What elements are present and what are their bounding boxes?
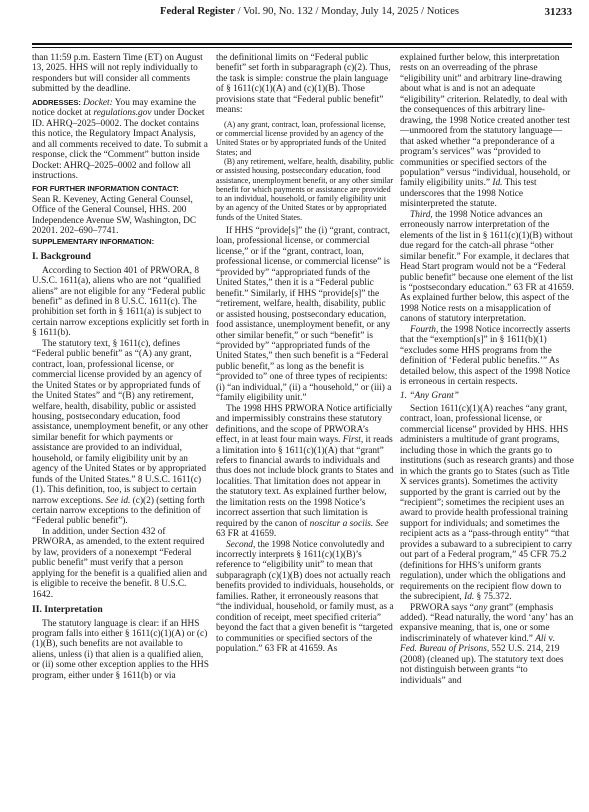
paragraph: explained further below, this interpreta… — [400, 53, 574, 210]
paragraph: than 11:59 p.m. Eastern Time (ET) on Aug… — [32, 53, 209, 95]
text: v. — [546, 634, 555, 644]
paragraph: The 1998 HHS PRWORA Notice artificially … — [216, 404, 394, 540]
column-1: than 11:59 p.m. Eastern Time (ET) on Aug… — [32, 53, 209, 681]
text: PRWORA says “ — [410, 603, 474, 613]
paragraph: The statutory text, § 1611(c), defines “… — [32, 339, 209, 527]
paragraph: PRWORA says “any grant” (emphasis added)… — [400, 603, 574, 687]
section-heading-background: I. Background — [32, 252, 209, 262]
paragraph: Second, the 1998 Notice convolutedly and… — [216, 540, 394, 655]
contact-text: Sean R. Keveney, Acting General Counsel,… — [32, 195, 196, 236]
text: the 1998 Notice incorrectly asserts that… — [400, 325, 570, 387]
quote-item-b: (B) any retirement, welfare, health, dis… — [216, 157, 394, 222]
publication-name: Federal Register — [160, 6, 235, 17]
text: The statutory text, § 1611(c), defines “… — [32, 339, 208, 506]
emphasis: Second, — [226, 540, 255, 550]
contact-section: FOR FURTHER INFORMATION CONTACT:Sean R. … — [32, 184, 209, 236]
column-3: explained further below, this interpreta… — [400, 53, 574, 686]
header-rule-thick — [32, 43, 572, 45]
contact-label: FOR FURTHER INFORMATION CONTACT: — [32, 184, 179, 193]
running-header: Federal Register / Vol. 90, No. 132 / Mo… — [32, 6, 572, 26]
addresses-label: ADDRESSES: — [32, 98, 81, 107]
addresses-section: ADDRESSES: Docket: You may examine the n… — [32, 98, 209, 182]
regulations-gov-link[interactable]: regulations.gov — [94, 108, 152, 118]
header-title: Federal Register / Vol. 90, No. 132 / Mo… — [160, 6, 459, 17]
docket-label: Docket: — [83, 98, 113, 108]
text: Section 1611(c)(1)(A) reaches “any grant… — [400, 404, 574, 602]
subheading-any-grant: 1. “Any Grant” — [400, 391, 574, 401]
block-quote: (A) any grant, contract, loan, professio… — [216, 120, 394, 222]
supplementary-label-row: SUPPLEMENTARY INFORMATION: — [32, 237, 209, 247]
paragraph: In addition, under Section 432 of PRWORA… — [32, 527, 209, 600]
citation: Id. — [464, 592, 474, 602]
federal-register-page: Federal Register / Vol. 90, No. 132 / Mo… — [0, 0, 589, 812]
section-heading-interpretation: II. Interpretation — [32, 605, 209, 615]
citation: Id. — [492, 178, 502, 188]
paragraph: According to Section 401 of PRWORA, 8 U.… — [32, 266, 209, 339]
text: 63 FR at 41659. — [216, 529, 276, 539]
text: the 1998 Notice convolutedly and incorre… — [216, 540, 394, 655]
quote-item-a: (A) any grant, contract, loan, professio… — [216, 120, 394, 157]
paragraph: The statutory language is clear: if an H… — [32, 619, 209, 682]
paragraph: Fourth, the 1998 Notice incorrectly asse… — [400, 325, 574, 388]
paragraph: If HHS “provide[s]” the (i) “grant, cont… — [216, 226, 394, 404]
text: under Docket ID. AHRQ–2025–0002. The doc… — [32, 108, 208, 181]
column-2: the definitional limits on “Federal publ… — [216, 53, 394, 655]
case-name: Ali — [535, 634, 546, 644]
emphasis: Fourth, — [410, 325, 438, 335]
text: the 1998 Notice advances an erroneously … — [400, 210, 574, 325]
citation: See id. — [105, 496, 130, 506]
emphasis: any — [474, 603, 488, 613]
emphasis: Third, — [410, 210, 433, 220]
text: explained further below, this interpreta… — [400, 53, 570, 188]
text: it reads a limitation into § 1611(c)(1)(… — [216, 435, 394, 529]
emphasis: First, — [343, 435, 364, 445]
text: § 75.372. — [474, 592, 511, 602]
case-name: Fed. Bureau of Prisons, — [400, 644, 489, 654]
supplementary-label: SUPPLEMENTARY INFORMATION: — [32, 237, 154, 246]
paragraph: the definitional limits on “Federal publ… — [216, 53, 394, 116]
page-number: 31233 — [545, 6, 573, 18]
emphasis: noscitur a sociis. See — [310, 519, 389, 529]
paragraph: Third, the 1998 Notice advances an erron… — [400, 210, 574, 325]
paragraph: Section 1611(c)(1)(A) reaches “any grant… — [400, 404, 574, 603]
header-rule-thin — [32, 47, 572, 48]
issue-info: / Vol. 90, No. 132 / Monday, July 14, 20… — [235, 6, 459, 17]
